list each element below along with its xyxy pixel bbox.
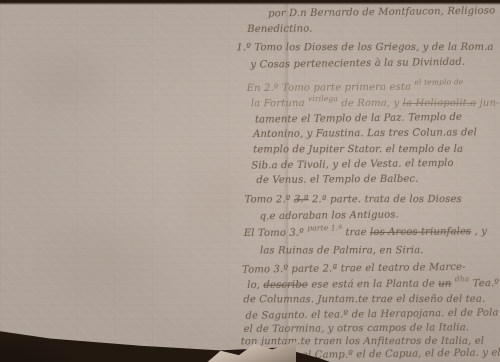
manuscript-line-segment: un [438,278,451,289]
manuscript-line-segment: trae [342,227,370,238]
manuscript-line-segment: el de Taormina, y otros campos de la Ita… [244,322,470,335]
manuscript-line-segment: el templo de [414,77,463,86]
manuscript-line: Antonino, y Faustina. Las tres Colun.as … [253,127,477,140]
manuscript-line-segment: , y [471,226,487,237]
manuscript-line-segment: lo, [247,280,263,291]
manuscript-line: el de Taormina, y otros campos de la Ita… [244,322,470,335]
manuscript-line: ton juntam.te traen los Anfiteatros de I… [241,336,484,347]
manuscript-line: Tomo 3.º parte 2.ª trae el teatro de Mar… [242,262,466,276]
manuscript-line-segment: de Venus. el Templo de Balbec. [256,174,418,186]
manuscript-line-segment: la Heliopolit.a [403,98,477,109]
manuscript-line-segment: templo de Jupiter Stator. el templo de l… [253,144,463,155]
manuscript-line-segment: Tea.º [469,278,499,289]
manuscript-line-segment: ton juntam.te traen los Anfiteatros de I… [241,336,484,347]
manuscript-line-segment: las Ruinas de Palmira, en Siria. [260,245,424,256]
manuscript-line: Sib.a de Tivoli, y el de Vesta. el templ… [251,158,453,172]
manuscript-line-segment: Sib.a de Tivoli, y el de Vesta. el templ… [251,158,453,172]
manuscript-line: 1.º Tomo los Dioses de los Griegos, y de… [236,42,493,53]
manuscript-line-segment: 3.ª [294,194,309,205]
manuscript-line: la Fortuna virilega de Roma, y la Heliop… [251,98,500,109]
manuscript-line: las Ruinas de Palmira, en Siria. [260,245,424,256]
manuscript-line-segment: virilega [308,94,338,103]
manuscript-line: templo de Jupiter Stator. el templo de l… [253,144,463,155]
manuscript-line-segment: En 2.º Tomo parte primera esta [247,82,415,94]
manuscript-line-segment: jun- [476,98,499,109]
manuscript-line-segment: Tomo 2.º [245,194,294,205]
manuscript-line-segment: describe [263,280,308,291]
manuscript-photograph: por D.n Bernardo de Montfaucon, Religios… [0,0,500,362]
manuscript-line: tamente el Templo de la Paz. Templo de [255,112,462,126]
manuscript-line-segment: parte 1.ª [307,223,342,232]
manuscript-line: y Cosas pertenecientes à la su Divinidad… [250,57,465,71]
manuscript-line-segment: Antonino, y Faustina. Las tres Colun.as … [253,127,477,140]
manuscript-line: por D.n Bernardo de Montfaucon, Religios… [268,5,495,19]
manuscript-line-segment: Tomo 3.º parte 2.ª trae el teatro de Mar… [242,262,466,276]
manuscript-line-segment: de Sagunto. el tea.º de la Herapojana. e… [245,307,498,321]
bottom-left-dark-corner [0,338,70,362]
manuscript-line-segment: por D.n Bernardo de Montfaucon, Religios… [268,5,495,19]
manuscript-line-segment: de Columnas. Juntam.te trae el diseño de… [243,294,485,305]
manuscript-line-segment: los Arcos triunfales [370,226,471,238]
manuscript-line-segment: q.e adoraban los Antiguos. [260,209,399,222]
top-edge-shadow [0,0,500,5]
manuscript-line-segment: 1.º Tomo los Dioses de los Griegos, y de… [236,42,493,53]
manuscript-text: por D.n Bernardo de Montfaucon, Religios… [0,0,500,362]
manuscript-line-segment: 2.ª parte. trata de los Dioses [309,194,462,205]
manuscript-line: de Venus. el Templo de Balbec. [256,174,418,186]
manuscript-line-segment: de Roma, y [338,98,403,109]
manuscript-line-segment: dha [455,274,470,283]
manuscript-line: de Columnas. Juntam.te trae el diseño de… [243,294,485,305]
manuscript-line-segment: la Fortuna [251,98,308,109]
manuscript-line: El Tomo 3.º parte 1.ª trae los Arcos tri… [244,226,487,239]
manuscript-line: Tomo 2.º 3.ª 2.ª parte. trata de los Dio… [245,194,462,205]
manuscript-line-segment: tamente el Templo de la Paz. Templo de [255,112,462,126]
manuscript-line: En 2.º Tomo parte primera esta el templo… [247,81,464,94]
manuscript-line: Benedictino. [247,24,312,36]
manuscript-line: q.e adoraban los Antiguos. [260,209,399,222]
manuscript-line: lo, describe ese está en la Planta de un… [247,278,499,291]
manuscript-line-segment: ese está en la Planta de [308,279,438,291]
manuscript-line-segment: y Cosas pertenecientes à la su Divinidad… [250,57,465,71]
manuscript-line-segment: Benedictino. [247,24,312,36]
manuscript-line: de Sagunto. el tea.º de la Herapojana. e… [245,307,498,321]
manuscript-line-segment: El Tomo 3.º [244,228,308,239]
